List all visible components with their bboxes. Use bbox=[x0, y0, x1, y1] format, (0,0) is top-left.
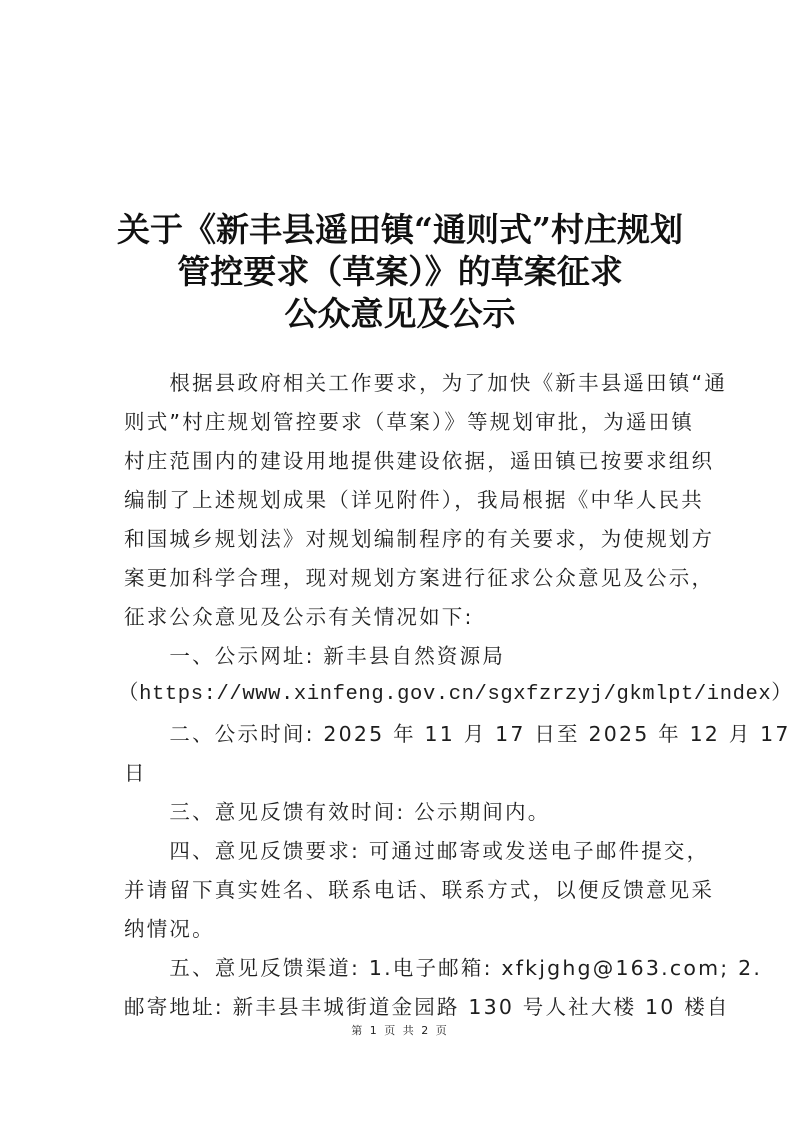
body-text-line: 五、意见反馈渠道: 1.电子邮箱: xfkjghg@163.com; 2. bbox=[124, 953, 684, 983]
url-link-line[interactable]: （https://www.xinfeng.gov.cn/sgxfzrzyj/gk… bbox=[118, 680, 678, 710]
body-text-line: 和国城乡规划法》对规划编制程序的有关要求，为使规划方 bbox=[124, 524, 684, 554]
body-text-line: 根据县政府相关工作要求，为了加快《新丰县遥田镇“通 bbox=[124, 368, 684, 398]
body-text-line: 征求公众意见及公示有关情况如下: bbox=[124, 602, 684, 632]
body-text-line: 四、意见反馈要求: 可通过邮寄或发送电子邮件提交， bbox=[124, 836, 684, 866]
document-page: 关于《新丰县遥田镇“通则式”村庄规划 管控要求（草案）》的草案征求 公众意见及公… bbox=[0, 0, 800, 1132]
document-title-line-3: 公众意见及公示 bbox=[0, 294, 800, 334]
body-text-line: 日 bbox=[124, 758, 684, 788]
body-text-line: 纳情况。 bbox=[124, 914, 684, 944]
body-text-line: 一、公示网址: 新丰县自然资源局 bbox=[124, 641, 684, 671]
body-text-line: 村庄范围内的建设用地提供建设依据，遥田镇已按要求组织 bbox=[124, 446, 684, 476]
document-title-line-1: 关于《新丰县遥田镇“通则式”村庄规划 bbox=[0, 210, 800, 250]
body-text-line: 案更加科学合理，现对规划方案进行征求公众意见及公示， bbox=[124, 563, 684, 593]
body-text-line: 二、公示时间: 2025 年 11 月 17 日至 2025 年 12 月 17 bbox=[124, 719, 684, 749]
body-text-line: 则式”村庄规划管控要求（草案）》等规划审批，为遥田镇 bbox=[124, 407, 684, 437]
document-title-line-2: 管控要求（草案）》的草案征求 bbox=[0, 252, 800, 292]
body-text-line: 编制了上述规划成果（详见附件），我局根据《中华人民共 bbox=[124, 485, 684, 515]
body-text-line: 邮寄地址: 新丰县丰城街道金园路 130 号人社大楼 10 楼自 bbox=[124, 992, 684, 1022]
body-text-line: 三、意见反馈有效时间: 公示期间内。 bbox=[124, 797, 684, 827]
page-number-footer: 第 1 页 共 2 页 bbox=[0, 1022, 800, 1038]
body-text-line: 并请留下真实姓名、联系电话、联系方式，以便反馈意见采 bbox=[124, 875, 684, 905]
